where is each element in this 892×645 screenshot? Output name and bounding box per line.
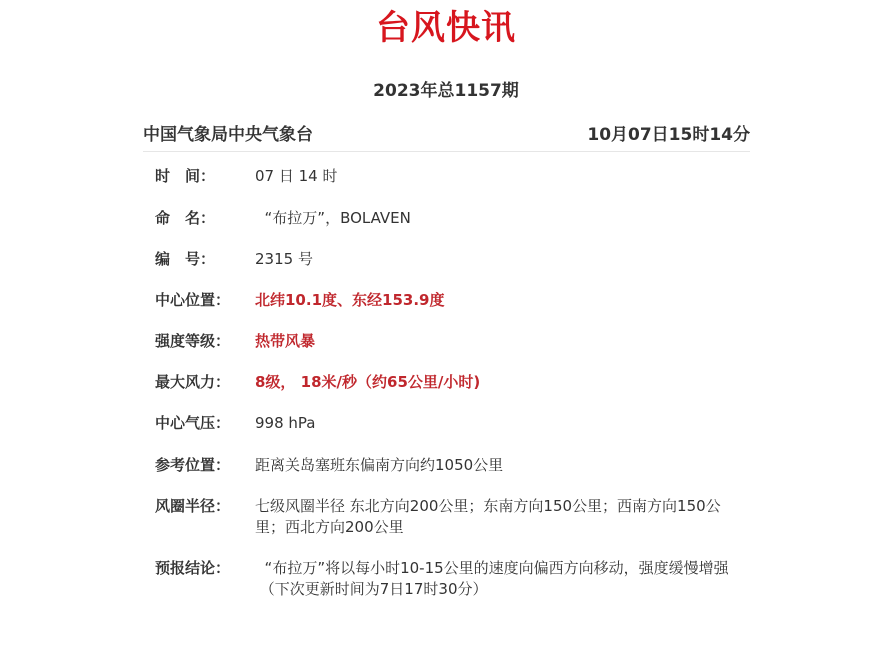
field-label: 中心气压： bbox=[155, 413, 255, 434]
field-value: 998 hPa bbox=[255, 413, 735, 434]
field-time: 时 间： 07 日 14 时 bbox=[155, 166, 735, 187]
field-value-wrap: “布拉万”将以每小时10-15公里的速度向偏西方向移动，强度缓慢增强 （下次更新… bbox=[255, 558, 735, 600]
field-label: 预报结论： bbox=[155, 558, 255, 579]
page-title: 台风快讯 bbox=[0, 6, 892, 50]
meta-row: 中国气象局中央气象台 10月07日15时14分 bbox=[143, 124, 750, 146]
field-value: 07 日 14 时 bbox=[255, 166, 735, 187]
field-wind-radius: 风圈半径： 七级风圈半径 东北方向200公里；东南方向150公里；西南方向150… bbox=[155, 496, 730, 538]
field-intensity: 强度等级： 热带风暴 bbox=[155, 331, 735, 352]
field-reference-position: 参考位置： 距离关岛塞班东偏南方向约1050公里 bbox=[155, 455, 735, 476]
field-name: 命 名： “布拉万”，BOLAVEN bbox=[155, 208, 735, 229]
field-value: 北纬10.1度、东经153.9度 bbox=[255, 290, 735, 311]
field-value: 8级， 18米/秒（约65公里/小时) bbox=[255, 372, 735, 393]
field-center-pressure: 中心气压： 998 hPa bbox=[155, 413, 735, 434]
field-label: 中心位置： bbox=[155, 290, 255, 311]
field-value: 2315 号 bbox=[255, 249, 735, 270]
forecast-text: “布拉万”将以每小时10-15公里的速度向偏西方向移动，强度缓慢增强 bbox=[255, 559, 729, 577]
field-number: 编 号： 2315 号 bbox=[155, 249, 735, 270]
issued-time: 10月07日15时14分 bbox=[587, 124, 750, 146]
next-update-note: （下次更新时间为7日17时30分） bbox=[255, 580, 488, 598]
field-value: 热带风暴 bbox=[255, 331, 735, 352]
field-value: 七级风圈半径 东北方向200公里；东南方向150公里；西南方向150公里；西北方… bbox=[255, 496, 730, 538]
field-label: 时 间： bbox=[155, 166, 255, 187]
field-label: 强度等级： bbox=[155, 331, 255, 352]
field-value: 距离关岛塞班东偏南方向约1050公里 bbox=[255, 455, 735, 476]
field-label: 最大风力： bbox=[155, 372, 255, 393]
field-max-wind: 最大风力： 8级， 18米/秒（约65公里/小时) bbox=[155, 372, 735, 393]
field-forecast: 预报结论： “布拉万”将以每小时10-15公里的速度向偏西方向移动，强度缓慢增强… bbox=[155, 558, 735, 600]
agency-name: 中国气象局中央气象台 bbox=[143, 124, 313, 146]
issue-number: 2023年总1157期 bbox=[0, 80, 892, 102]
field-value: “布拉万”，BOLAVEN bbox=[255, 208, 735, 229]
divider bbox=[143, 151, 750, 152]
field-center-position: 中心位置： 北纬10.1度、东经153.9度 bbox=[155, 290, 735, 311]
field-label: 风圈半径： bbox=[155, 496, 255, 517]
field-label: 参考位置： bbox=[155, 455, 255, 476]
field-label: 命 名： bbox=[155, 208, 255, 229]
field-label: 编 号： bbox=[155, 249, 255, 270]
